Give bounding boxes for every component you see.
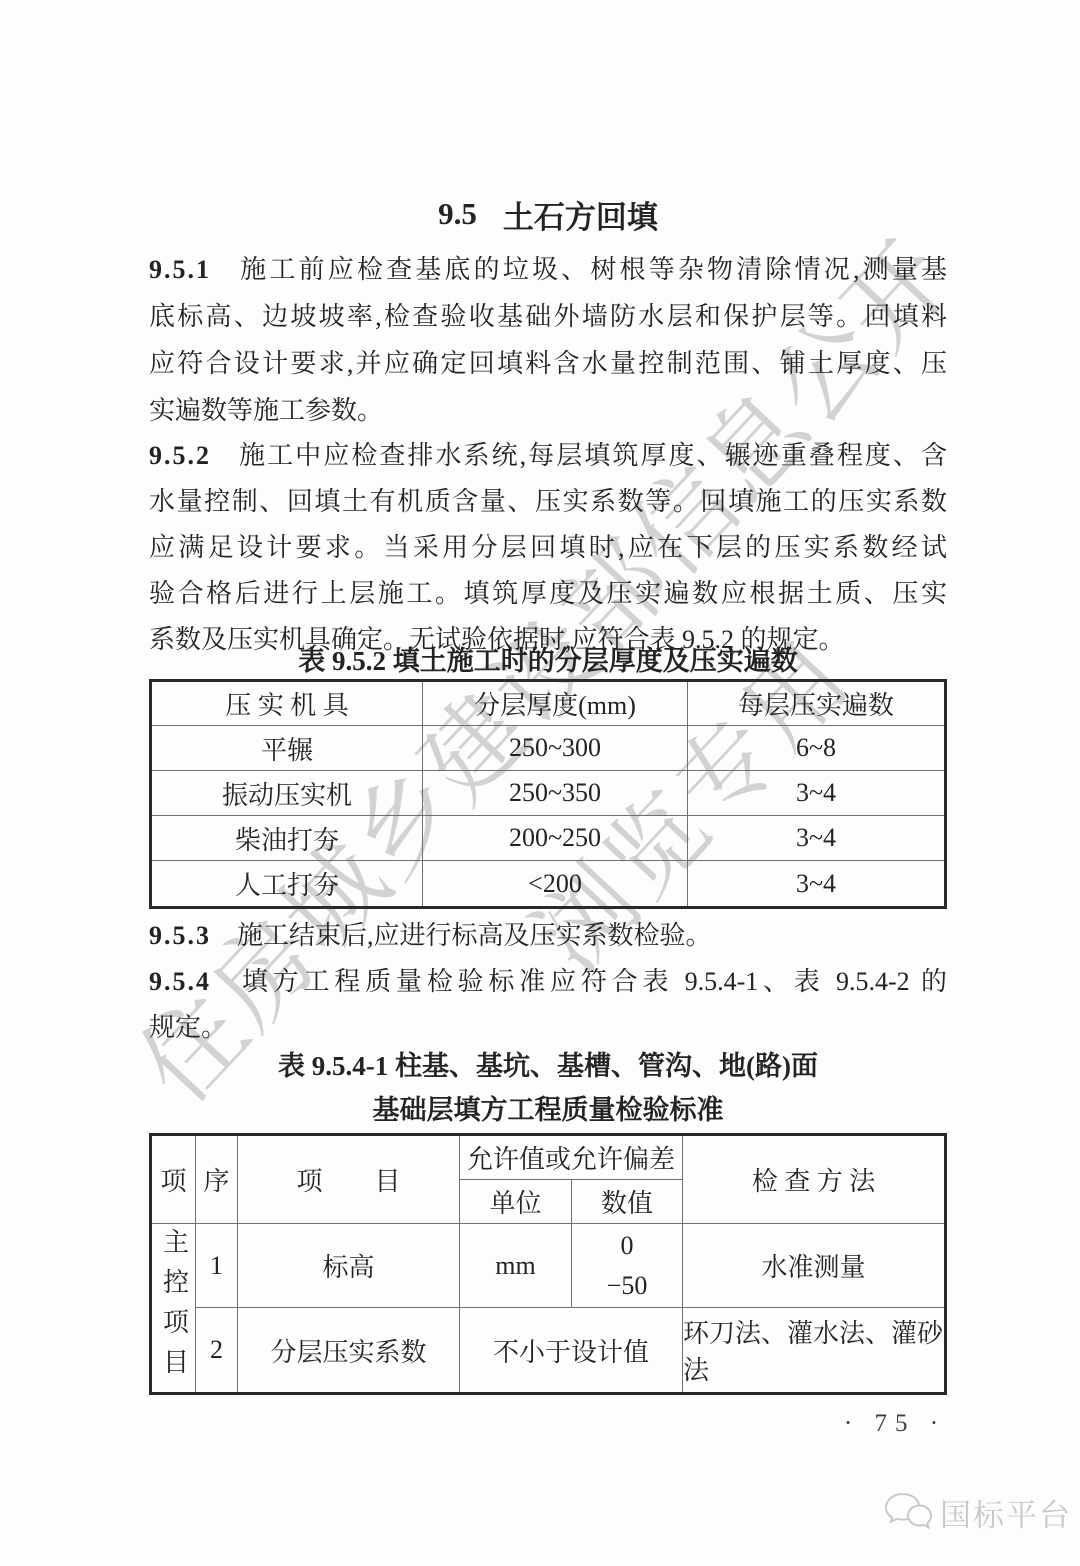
paragraph-line: 底标高、边坡坡率,检查验收基础外墙防水层和保护层等。回填料 bbox=[149, 293, 947, 340]
table2-header-cell: 项 bbox=[152, 1136, 196, 1224]
table1-cell: 人工打夯 bbox=[152, 861, 423, 906]
table1-cell: 3~4 bbox=[688, 816, 944, 861]
footer-brand-label: 国标平台 bbox=[940, 1490, 1072, 1535]
paragraph-line: 应符合设计要求,并应确定回填料含水量控制范围、铺土厚度、压 bbox=[149, 340, 947, 387]
clause-text: 施工前应检查基底的垃圾、树根等杂物清除情况,测量基 bbox=[237, 255, 947, 284]
clause-text: 填方工程质量检验标准应符合表 9.5.4-1、表 9.5.4-2 的 bbox=[237, 967, 947, 996]
allowed-value-upper: 0 bbox=[621, 1226, 634, 1266]
table1-header-cell: 分层厚度(mm) bbox=[423, 682, 688, 726]
paragraph-line: 验合格后进行上层施工。填筑厚度及压实遍数应根据土质、压实 bbox=[149, 571, 947, 617]
table1-cell: 柴油打夯 bbox=[152, 816, 423, 861]
table2-cell: 环刀法、灌水法、灌砂法 bbox=[683, 1308, 944, 1392]
clause-text: 施工结束后,应进行标高及压实系数检验。 bbox=[237, 921, 712, 950]
table2-header-cell: 单位 bbox=[460, 1180, 572, 1224]
paragraph-line: 9.5.2施工中应检查排水系统,每层填筑厚度、辗迹重叠程度、含 bbox=[149, 433, 947, 479]
table-title-line: 基础层填方工程质量检验标准 bbox=[149, 1088, 947, 1132]
table2-cell: 0 −50 bbox=[572, 1224, 683, 1308]
inspection-standard-table: 项 序 项 目 允许值或允许偏差 单位 数值 检 查 方 法 主控项目 1 标高… bbox=[149, 1133, 947, 1395]
paragraph-line: 应满足设计要求。当采用分层回填时,应在下层的压实系数经试 bbox=[149, 525, 947, 571]
clause-number: 9.5.1 bbox=[149, 255, 211, 284]
paragraph-line: 实遍数等施工参数。 bbox=[149, 387, 947, 434]
clause-number: 9.5.2 bbox=[149, 441, 211, 470]
table2-cell: 不小于设计值 bbox=[460, 1308, 683, 1392]
table1-cell: 3~4 bbox=[688, 861, 944, 906]
table1-cell: 200~250 bbox=[423, 816, 688, 861]
group-label-vertical: 主控项目 bbox=[152, 1228, 196, 1388]
table1-cell: 250~300 bbox=[423, 726, 688, 771]
table1-header-cell: 压 实 机 具 bbox=[152, 682, 423, 726]
compaction-table: 压 实 机 具 分层厚度(mm) 每层压实遍数 平辗 250~300 6~8 振… bbox=[149, 679, 947, 909]
table2-cell: 1 bbox=[196, 1224, 238, 1308]
clause-number: 9.5.3 bbox=[149, 921, 211, 950]
paragraph-line: 9.5.1施工前应检查基底的垃圾、树根等杂物清除情况,测量基 bbox=[149, 246, 947, 293]
paragraph-line: 水量控制、回填土有机质含量、压实系数等。回填施工的压实系数 bbox=[149, 479, 947, 525]
table2-header-cell: 项 目 bbox=[238, 1136, 460, 1224]
table-title-line: 表 9.5.4-1 柱基、基坑、基槽、管沟、地(路)面 bbox=[149, 1044, 947, 1088]
clause-text: 施工中应检查排水系统,每层填筑厚度、辗迹重叠程度、含 bbox=[237, 441, 947, 470]
section-heading: 9.5 土石方回填 bbox=[149, 192, 947, 236]
table2-cell: mm bbox=[460, 1224, 572, 1308]
wechat-bubbles-icon bbox=[882, 1491, 934, 1535]
document-page: 住房城乡建设部信息公开 浏览专用 9.5 土石方回填 9.5.1施工前应检查基底… bbox=[0, 0, 1080, 1566]
table2-cell: 水准测量 bbox=[683, 1224, 944, 1308]
table2-header-cell: 检 查 方 法 bbox=[683, 1136, 944, 1224]
table2-cell: 标高 bbox=[238, 1224, 460, 1308]
allowed-value-lower: −50 bbox=[607, 1266, 648, 1306]
table2-cell: 2 bbox=[196, 1308, 238, 1392]
table2-header-cell: 数值 bbox=[572, 1180, 683, 1224]
section-number: 9.5 bbox=[438, 196, 477, 232]
table2-cell: 分层压实系数 bbox=[238, 1308, 460, 1392]
page-number: · 75 · bbox=[820, 1410, 970, 1442]
paragraph-9-5-3: 9.5.3施工结束后,应进行标高及压实系数检验。 bbox=[149, 913, 947, 959]
paragraph-9-5-1: 9.5.1施工前应检查基底的垃圾、树根等杂物清除情况,测量基 底标高、边坡坡率,… bbox=[149, 246, 947, 434]
table1-cell: 平辗 bbox=[152, 726, 423, 771]
footer-brand: 国标平台 bbox=[882, 1490, 1072, 1535]
table1-cell: 振动压实机 bbox=[152, 771, 423, 816]
table-9-5-2-title: 表 9.5.2 填土施工时的分层厚度及压实遍数 bbox=[149, 644, 947, 678]
clause-number: 9.5.4 bbox=[149, 967, 211, 996]
section-title: 土石方回填 bbox=[503, 192, 658, 237]
table1-cell: <200 bbox=[423, 861, 688, 906]
paragraph-line: 9.5.4填方工程质量检验标准应符合表 9.5.4-1、表 9.5.4-2 的 bbox=[149, 959, 947, 1005]
table1-cell: 3~4 bbox=[688, 771, 944, 816]
table2-header-cell: 序 bbox=[196, 1136, 238, 1224]
table2-header-cell: 允许值或允许偏差 bbox=[460, 1136, 683, 1180]
paragraph-9-5-4: 9.5.4填方工程质量检验标准应符合表 9.5.4-1、表 9.5.4-2 的 … bbox=[149, 959, 947, 1051]
table1-cell: 6~8 bbox=[688, 726, 944, 771]
table1-cell: 250~350 bbox=[423, 771, 688, 816]
table2-group-cell: 主控项目 bbox=[152, 1224, 196, 1392]
table-9-5-4-1-title: 表 9.5.4-1 柱基、基坑、基槽、管沟、地(路)面 基础层填方工程质量检验标… bbox=[149, 1044, 947, 1132]
paragraph-9-5-2: 9.5.2施工中应检查排水系统,每层填筑厚度、辗迹重叠程度、含 水量控制、回填土… bbox=[149, 433, 947, 663]
table1-header-cell: 每层压实遍数 bbox=[688, 682, 944, 726]
paragraph-line: 9.5.3施工结束后,应进行标高及压实系数检验。 bbox=[149, 913, 947, 959]
